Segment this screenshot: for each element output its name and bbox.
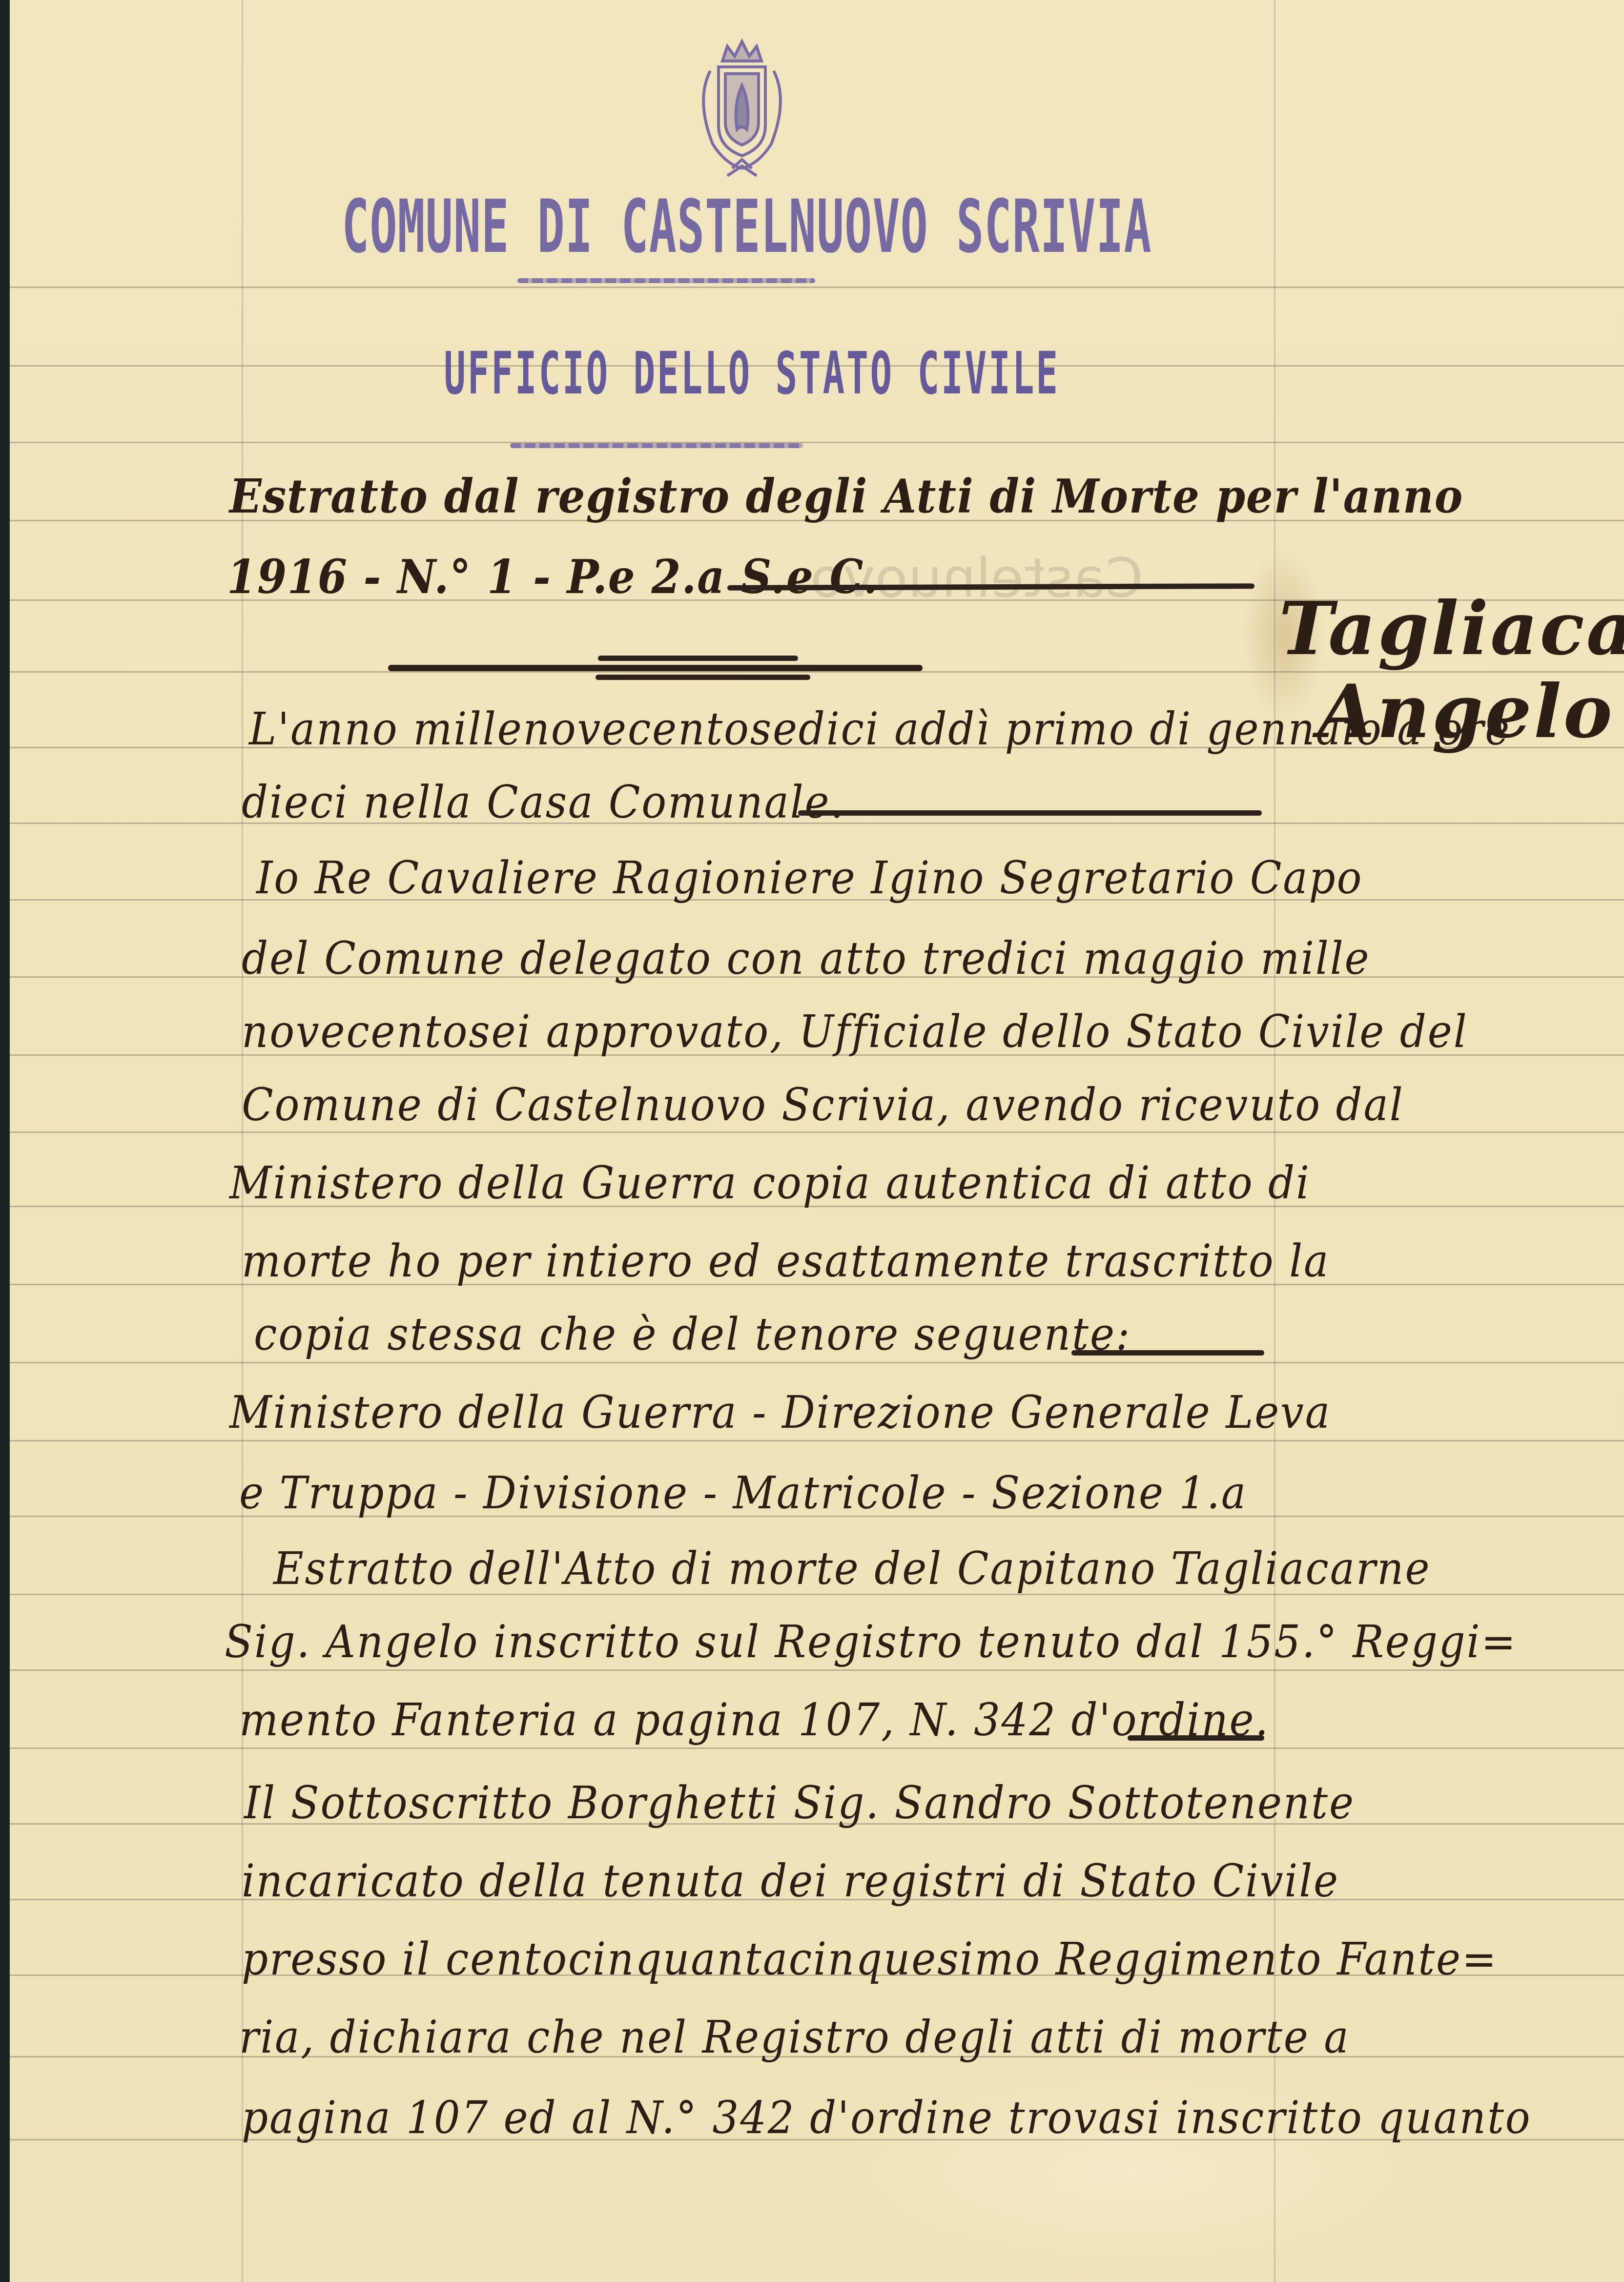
- divider-main: [388, 665, 923, 671]
- body-line: Il Sottoscritto Borghetti Sig. Sandro So…: [244, 1777, 1355, 1829]
- body-line: L'anno millenovecentosedici addì primo d…: [249, 703, 1511, 755]
- ruled-line: [10, 287, 1624, 288]
- stamp-divider: [510, 443, 803, 448]
- body-line: Io Re Cavaliere Ragioniere Igino Segreta…: [256, 852, 1363, 904]
- body-line: copia stessa che è del tenore seguente:: [254, 1308, 1131, 1360]
- body-line: Ministero della Guerra copia autentica d…: [229, 1157, 1311, 1209]
- body-line: novecentosei approvato, Ufficiale dello …: [242, 1006, 1468, 1058]
- body-line: Ministero della Guerra - Direzione Gener…: [229, 1386, 1331, 1439]
- ruled-line: [10, 1669, 1624, 1671]
- body-line: pagina 107 ed al N.° 342 d'ordine trovas…: [242, 2092, 1531, 2144]
- header-line-1: Estratto dal registro degli Atti di Mort…: [229, 469, 1463, 524]
- line-fill: [1071, 1350, 1264, 1356]
- body-line: morte ho per intiero ed esattamente tras…: [242, 1235, 1330, 1287]
- body-line: presso il centocinquantacinquesimo Reggi…: [242, 1933, 1498, 1985]
- coat-of-arms-icon: [664, 27, 820, 183]
- stamp-municipality: COMUNE DI CASTELNUOVO SCRIVIA: [477, 181, 1016, 273]
- ruled-line: [10, 1131, 1624, 1133]
- body-line: ria, dichiara che nel Registro degli att…: [239, 2011, 1350, 2063]
- divider-bottom: [596, 675, 810, 680]
- body-line: mento Fanteria a pagina 107, N. 342 d'or…: [239, 1694, 1270, 1746]
- line-fill: [798, 810, 1262, 816]
- ruled-line: [10, 442, 1624, 443]
- body-line: Sig. Angelo inscritto sul Registro tenut…: [225, 1616, 1517, 1668]
- body-line: incaricato della tenuta dei registri di …: [242, 1855, 1339, 1907]
- divider-top: [598, 656, 798, 661]
- body-line: e Truppa - Divisione - Matricole - Sezio…: [239, 1467, 1247, 1519]
- ruled-line: [10, 1747, 1624, 1749]
- body-line: Estratto dell'Atto di morte del Capitano…: [273, 1542, 1431, 1595]
- scan-edge: [0, 0, 10, 2282]
- body-line: del Comune delegato con atto tredici mag…: [242, 932, 1370, 985]
- stamp-divider: [517, 278, 815, 283]
- body-line: dieci nella Casa Comunale.: [242, 776, 845, 828]
- ruled-line: [10, 1362, 1624, 1363]
- header-line-2: 1916 - N.° 1 - P.e 2.a S.e C.: [227, 549, 879, 604]
- ruled-line: [10, 1440, 1624, 1441]
- line-fill: [1128, 1735, 1264, 1741]
- margin-surname: Tagliacarne: [1279, 586, 1624, 672]
- stamp-office: UFFICIO DELLO STATO CIVILE: [552, 337, 951, 410]
- body-line: Comune di Castelnuovo Scrivia, avendo ri…: [242, 1079, 1404, 1131]
